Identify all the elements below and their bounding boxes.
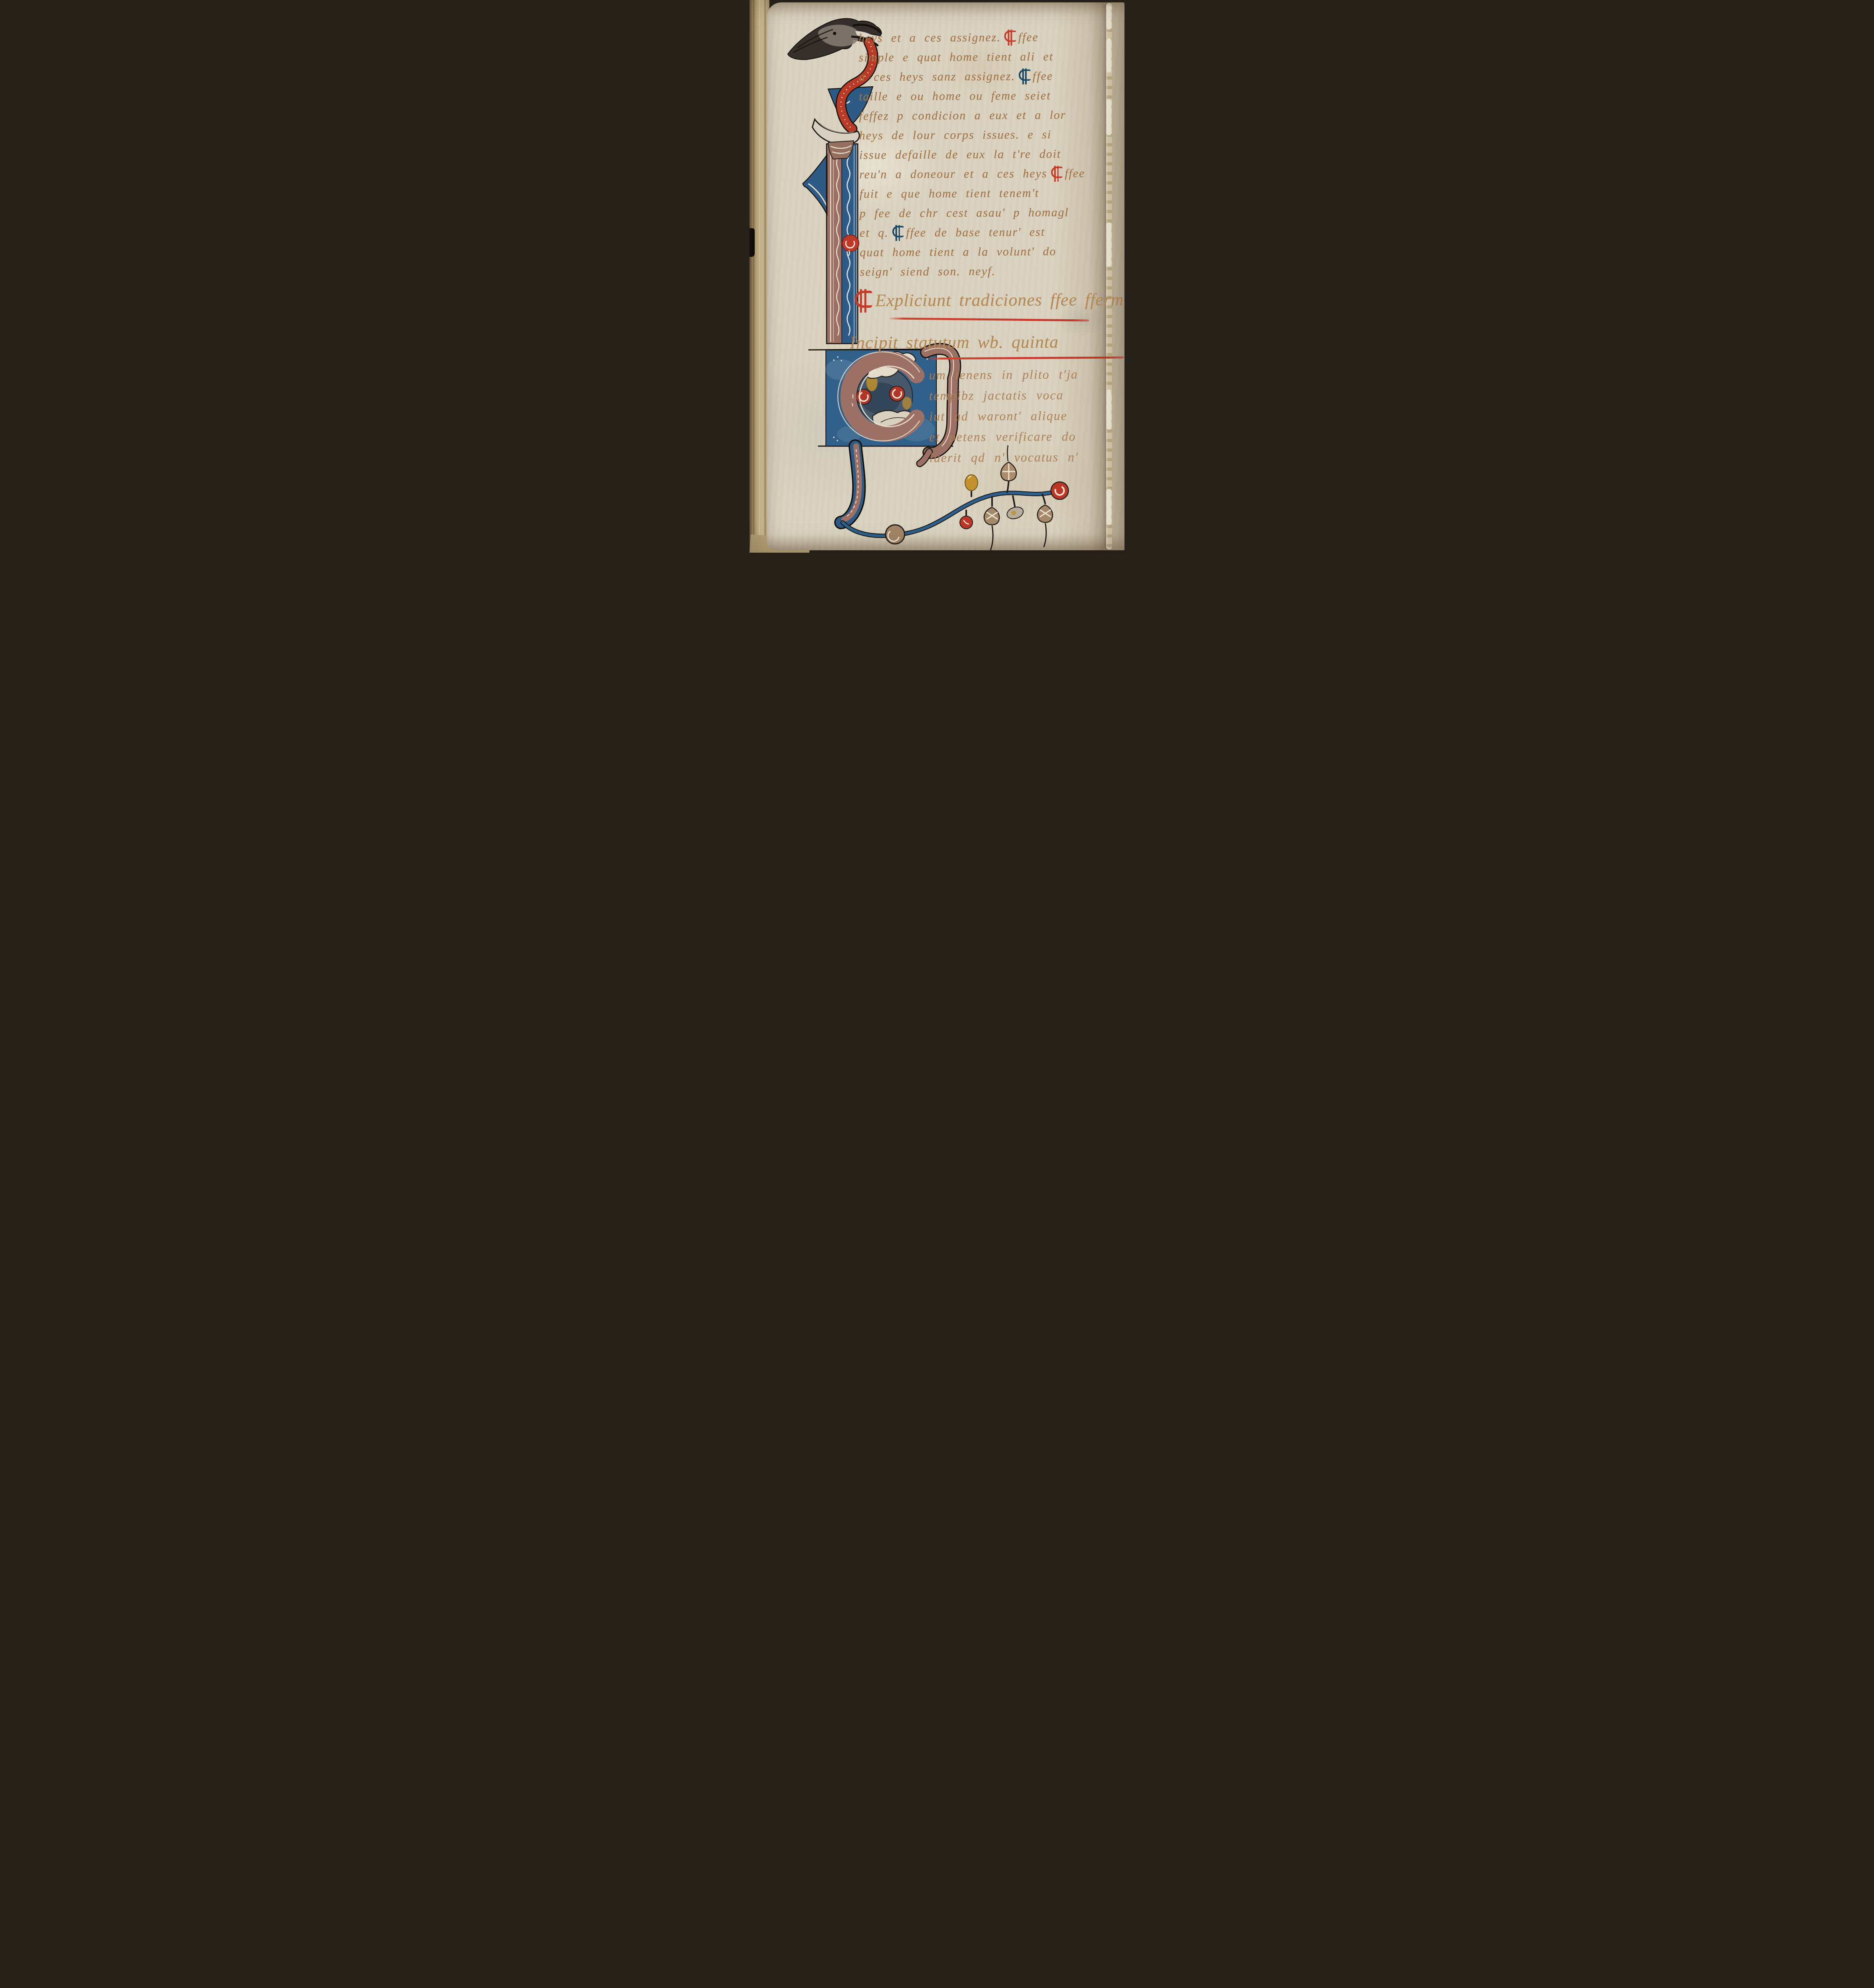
text-segment: taille e ou home ou feme seiet: [859, 89, 1051, 103]
text-line: p fee de chr cest asau' p homagl: [860, 203, 1086, 223]
text-segment: fuit e que home tient tenem't: [859, 186, 1039, 200]
text-segment: seign' siend son. neyf.: [860, 265, 995, 279]
text-segment: ffee: [1018, 31, 1039, 44]
anglo-norman-text-block: heys et a ces assignez.ffeesimple e quat…: [858, 27, 1086, 282]
text-segment: simple e quat home tient ali et: [859, 50, 1054, 64]
text-segment: feffez p condicion a eux et a lor: [859, 109, 1066, 123]
manuscript-photo: heys et a ces assignez.ffeesimple e quat…: [750, 0, 1124, 553]
text-segment: heys et a ces assignez.: [858, 31, 1001, 45]
red-ring-berry-left: [856, 389, 871, 404]
text-line: reu'n a doneour et a ces heysffee: [859, 164, 1085, 184]
text-line: heys de lour corps issues. e si: [859, 125, 1085, 146]
text-segment: et petens verificare do: [929, 429, 1076, 444]
text-line: issue defaille de eux la t're doit: [859, 144, 1085, 165]
text-segment: reu'n a doneour et a ces heys: [859, 167, 1047, 181]
text-line: tempibz jactatis voca: [929, 384, 1078, 406]
text-segment: luerit qd n' vocatus n': [929, 450, 1078, 465]
paraph-mark-red-icon: [855, 291, 872, 308]
red-ring-berry: [1051, 482, 1068, 499]
paraph-mark-blue-icon: [892, 226, 904, 237]
latin-text-block: um tenens in plito t'jatempibz jactatis …: [929, 364, 1078, 468]
text-line: quat home tient a la volunt' do: [860, 242, 1086, 262]
text-segment: p fee de chr cest asau' p homagl: [860, 206, 1069, 220]
text-segment: ffee de base tenur' est: [906, 225, 1045, 239]
text-line: iut ad waront' alique: [929, 405, 1078, 427]
text-segment: tempibz jactatis voca: [929, 388, 1064, 403]
gray-gold-leaf: [1006, 505, 1025, 521]
paraph-mark-blue-icon: [1019, 70, 1031, 81]
text-line: fuit e que home tient tenem't: [859, 183, 1085, 204]
bar-mauve-strip: [827, 144, 842, 343]
text-line: Expliciunt tradiciones ffee fferme: [850, 279, 1124, 322]
paraph-mark-red-icon: [1051, 167, 1063, 178]
text-segment: a ces heys sanz assignez.: [859, 70, 1015, 83]
text-segment: quat home tient a la volunt' do: [860, 245, 1056, 259]
text-line: um tenens in plito t'ja: [929, 364, 1078, 385]
text-segment: Incipit statutum wb. quinta: [850, 332, 1058, 352]
text-line: heys et a ces assignez.ffee: [858, 27, 1084, 48]
paraph-mark-red-icon: [1004, 31, 1016, 42]
red-berry: [960, 516, 973, 529]
bar-red-disc: [842, 235, 859, 252]
text-segment: heys de lour corps issues. e si: [859, 128, 1052, 142]
text-segment: ffee: [1033, 70, 1053, 83]
text-line: simple e quat home tient ali et: [859, 47, 1085, 68]
text-line: a ces heys sanz assignez.ffee: [859, 66, 1085, 87]
text-segment: iut ad waront' alique: [929, 408, 1067, 423]
cross-bud-spiked: [1037, 505, 1053, 547]
text-segment: ffee: [1065, 167, 1085, 180]
text-line: et q.ffee de base tenur' est: [860, 222, 1086, 243]
gold-patch: [902, 397, 912, 410]
text-segment: Expliciunt tradiciones ffee fferme: [875, 290, 1124, 310]
text-line: taille e ou home ou feme seiet: [859, 86, 1085, 107]
text-segment: issue defaille de eux la t're doit: [859, 148, 1061, 162]
dragon-eye: [833, 32, 836, 35]
gold-ball: [965, 475, 978, 491]
cross-bud-spiked: [984, 507, 999, 550]
text-segment: et q.: [860, 226, 889, 239]
text-segment: um tenens in plito t'ja: [929, 367, 1078, 382]
text-line: luerit qd n' vocatus n': [929, 447, 1078, 468]
bar-thorn: [803, 154, 827, 215]
text-line: feffez p condicion a eux et a lor: [859, 105, 1085, 126]
red-ring-berry-right: [889, 386, 905, 401]
text-line: et petens verificare do: [929, 426, 1078, 447]
